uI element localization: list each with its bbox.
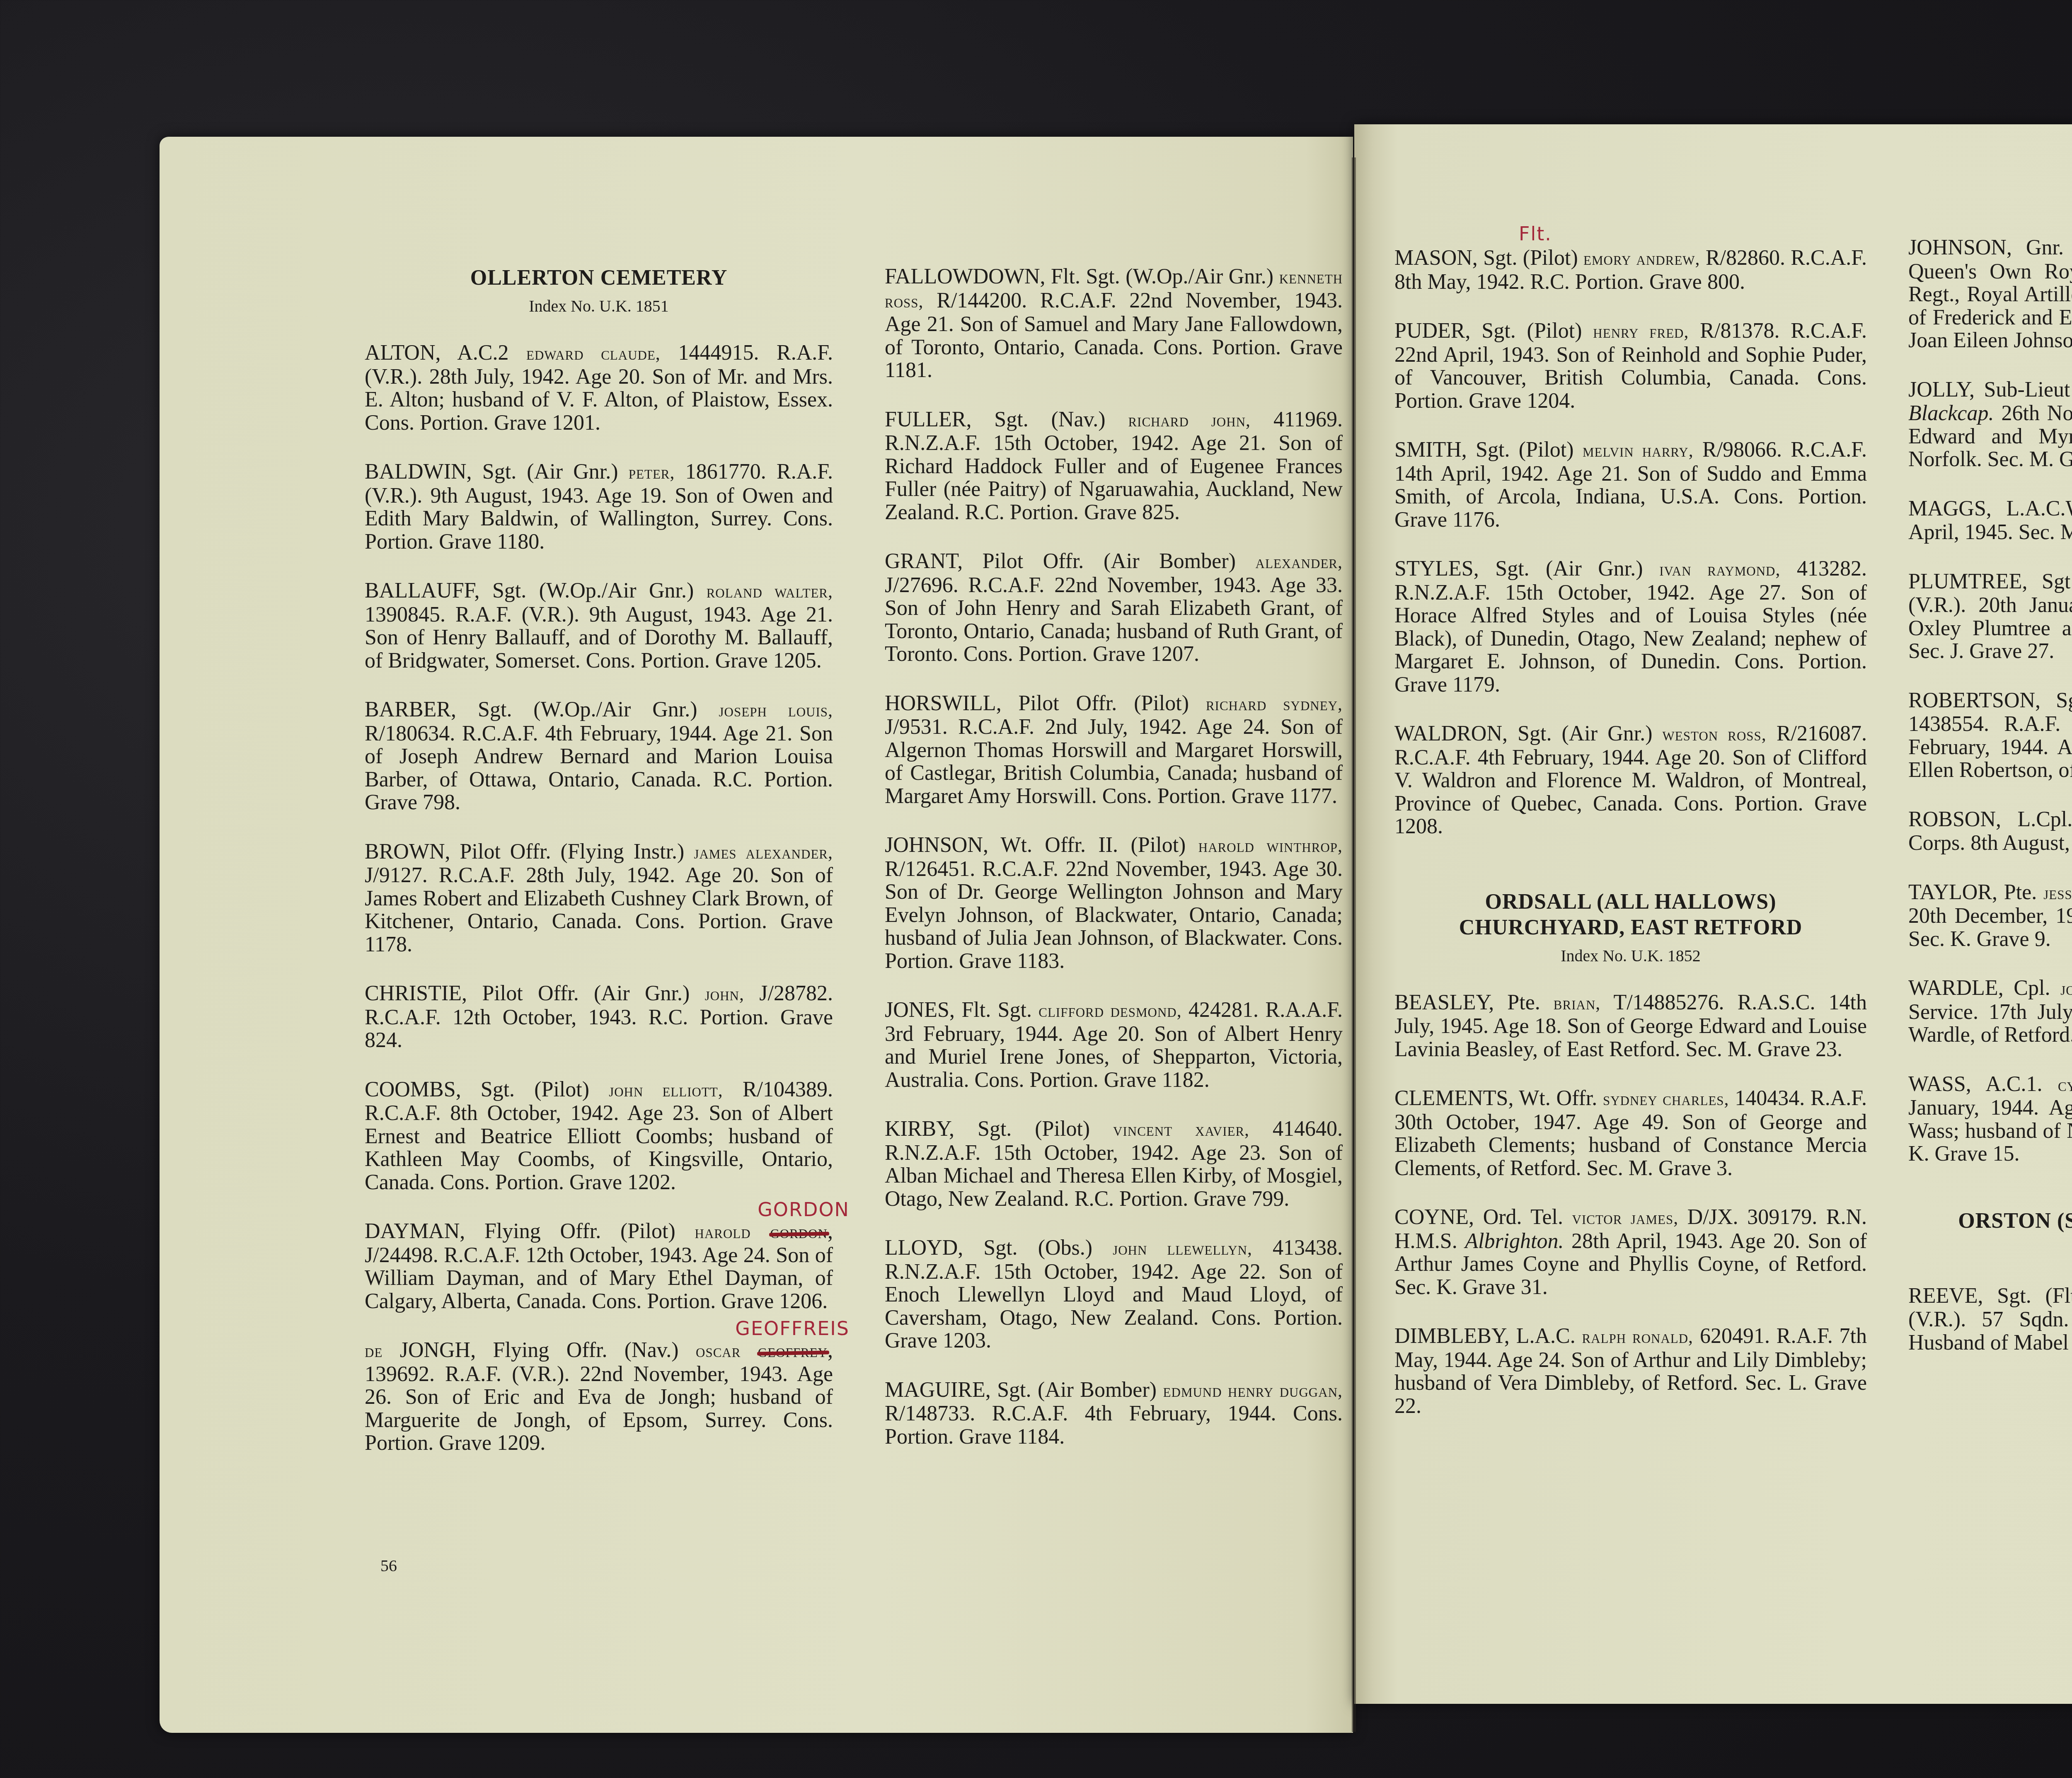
- rank: Flying Offr. (Nav.): [493, 1338, 679, 1362]
- forenames: SYDNEY CHARLES,: [1603, 1089, 1729, 1109]
- section-heading-ordsall-line2: CHURCHYARD, EAST RETFORD: [1394, 915, 1867, 941]
- rank: Sgt. (W.Op./Air Gnr.): [478, 698, 697, 721]
- forenames: JAMES ALEXANDER,: [694, 842, 833, 863]
- rank: Sgt. (Pilot): [1483, 246, 1578, 270]
- section-heading-ordsall-line1: ORDSALL (ALL HALLOWS): [1394, 889, 1867, 915]
- rank: Sgt. (Pilot): [2042, 570, 2072, 593]
- register-entry: WASS, A.C.1. CYRIL, 1544853. R.A.F. (V.R…: [1908, 1073, 2072, 1166]
- rank: Sgt. (Air Gnr.): [1495, 557, 1643, 581]
- entry-details: R/148733. R.C.A.F. 4th February, 1944. C…: [885, 1402, 1343, 1449]
- surname: BARBER,: [365, 698, 456, 721]
- surname: PUDER,: [1394, 319, 1470, 343]
- left-page-column-1: OLLERTON CEMETERY Index No. U.K. 1851 AL…: [365, 265, 833, 1481]
- surname: REEVE,: [1908, 1284, 1983, 1308]
- forenames: JOHN LLEWELLYN,: [1113, 1239, 1252, 1259]
- forenames: ROLAND WALTER,: [707, 581, 833, 602]
- surname: JONGH,: [400, 1338, 476, 1362]
- surname: BEASLEY,: [1394, 991, 1494, 1014]
- entry-details: 139692. R.A.F. (V.R.). 22nd November, 19…: [365, 1362, 833, 1455]
- rank: Ord. Tel.: [1483, 1205, 1563, 1229]
- surname: TAYLOR,: [1908, 881, 1997, 904]
- register-entry: TAYLOR, Pte. JESSE, 14677472. General Se…: [1908, 881, 2072, 951]
- entry-details: R/180634. R.C.A.F. 4th February, 1944. A…: [365, 722, 833, 815]
- register-entry: STYLES, Sgt. (Air Gnr.) IVAN RAYMOND, 41…: [1394, 557, 1867, 696]
- register-entry: COYNE, Ord. Tel. VICTOR JAMES, D/JX. 309…: [1394, 1206, 1867, 1299]
- rank: Pte.: [1507, 991, 1540, 1014]
- register-entry: MAGGS, L.A.C.W. IRENE, 2059036. W.A.A.F.…: [1908, 497, 2072, 544]
- surname: SMITH,: [1394, 438, 1467, 462]
- forenames: RICHARD JOHN,: [1128, 410, 1251, 431]
- surname: ROBSON,: [1908, 808, 2001, 831]
- surname: MAGUIRE,: [885, 1378, 991, 1402]
- section-index-ollerton: Index No. U.K. 1851: [365, 296, 833, 317]
- surname: FULLER,: [885, 408, 971, 431]
- register-entry: MASON,Flt. Sgt. (Pilot) EMORY ANDREW, R/…: [1394, 247, 1867, 293]
- forenames: ALEXANDER,: [1256, 552, 1343, 572]
- forenames: JOHN,: [705, 984, 744, 1004]
- forenames: JOHN ELLIOTT,: [609, 1080, 723, 1101]
- right-page-column-3: MASON,Flt. Sgt. (Pilot) EMORY ANDREW, R/…: [1394, 247, 1867, 1444]
- surname: COYNE,: [1394, 1205, 1474, 1229]
- entry-details: J/9127. R.C.A.F. 28th July, 1942. Age 20…: [365, 864, 833, 956]
- entry-details: 1390845. R.A.F. (V.R.). 9th August, 1943…: [365, 603, 833, 672]
- register-entry: BROWN, Pilot Offr. (Flying Instr.) JAMES…: [365, 840, 833, 956]
- register-entry: REEVE, Sgt. (Flt. Engr.) WILLIAM, 158181…: [1908, 1285, 2072, 1355]
- rank: Sgt. (Pilot): [481, 1078, 589, 1101]
- forenames: WESTON ROSS,: [1663, 724, 1767, 745]
- forenames: EDMUND HENRY DUGGAN,: [1163, 1381, 1343, 1401]
- surname: JOLLY,: [1908, 378, 1975, 402]
- rank: Sgt. (Air Gnr.): [482, 460, 618, 484]
- entry-details: J/24498. R.C.A.F. 12th October, 1943. Ag…: [365, 1243, 833, 1313]
- forenames: HAROLD WINTHROP,: [1198, 836, 1343, 856]
- rank: Sgt. (Pilot): [1476, 438, 1574, 462]
- register-entry: PUDER, Sgt. (Pilot) HENRY FRED, R/81378.…: [1394, 319, 1867, 412]
- struck-forename: GEOFFREY: [758, 1341, 828, 1361]
- left-page-column-2: FALLOWDOWN, Flt. Sgt. (W.Op./Air Gnr.) K…: [885, 265, 1343, 1474]
- rank: Pilot Offr. (Flying Instr.): [460, 840, 685, 864]
- rank: Gnr.: [2026, 236, 2064, 259]
- register-entry: WALDRON, Sgt. (Air Gnr.) WESTON ROSS, R/…: [1394, 722, 1867, 838]
- forenames: IVAN RAYMOND,: [1659, 559, 1780, 580]
- register-entry: PLUMTREE, Sgt. (Pilot) KENNETH, 1148810.…: [1908, 570, 2072, 663]
- forenames: BRIAN,: [1554, 993, 1600, 1014]
- forenames: CLIFFORD DESMOND,: [1038, 1001, 1182, 1021]
- register-entry: ROBSON, L.Cpl. ROBERT ALBERT, 4980939. P…: [1908, 808, 2072, 855]
- surname: BROWN,: [365, 840, 450, 864]
- register-entry: FALLOWDOWN, Flt. Sgt. (W.Op./Air Gnr.) K…: [885, 265, 1343, 382]
- name-prefix: DE: [365, 1341, 382, 1361]
- handwritten-name-correction: GORDON: [758, 1198, 850, 1222]
- forenames: RICHARD SYDNEY,: [1206, 694, 1343, 714]
- section-heading-ollerton: OLLERTON CEMETERY: [365, 265, 833, 291]
- register-entry: WARDLE, Cpl. JOAN MARY, W/36523. Aux. Te…: [1908, 977, 2072, 1047]
- surname: FALLOWDOWN,: [885, 265, 1046, 288]
- register-entry: CLEMENTS, Wt. Offr. SYDNEY CHARLES, 1404…: [1394, 1087, 1867, 1180]
- register-entry: DIMBLEBY, L.A.C. RALPH RONALD, 620491. R…: [1394, 1325, 1867, 1418]
- rank: Sgt. (Air Bomber): [997, 1378, 1157, 1402]
- rank: Sgt. (W.Op./Air Gnr.): [2056, 689, 2072, 712]
- register-entry: COOMBS, Sgt. (Pilot) JOHN ELLIOTT, R/104…: [365, 1078, 833, 1194]
- register-entry: BALDWIN, Sgt. (Air Gnr.) PETER, 1861770.…: [365, 460, 833, 553]
- surname: DIMBLEBY,: [1394, 1324, 1510, 1348]
- register-entry: LLOYD, Sgt. (Obs.) JOHN LLEWELLYN, 41343…: [885, 1236, 1343, 1352]
- forenames: JESSE,: [2043, 883, 2072, 903]
- ship-name: Albrighton.: [1465, 1229, 1564, 1253]
- rank: L.A.C.W.: [2006, 497, 2072, 520]
- register-entry: JONES, Flt. Sgt. CLIFFORD DESMOND, 42428…: [885, 999, 1343, 1091]
- rank: L.A.C.: [1516, 1324, 1576, 1348]
- surname: ROBERTSON,: [1908, 689, 2041, 712]
- surname: WARDLE,: [1908, 976, 2004, 1000]
- forenames: VINCENT XAVIER,: [1113, 1120, 1249, 1140]
- register-entry: SMITH, Sgt. (Pilot) MELVIN HARRY, R/9806…: [1394, 438, 1867, 531]
- forenames: VICTOR JAMES,: [1572, 1208, 1679, 1228]
- rank: Flt. Sgt.: [961, 998, 1032, 1022]
- register-entry: ALTON, A.C.2 EDWARD CLAUDE, 1444915. R.A…: [365, 341, 833, 434]
- forenames: HENRY FRED,: [1593, 322, 1689, 342]
- register-entry: JOLLY, Sub-Lieut (A) EDWARD JAMES, R.N.V…: [1908, 378, 2072, 471]
- register-entry: JOHNSON, Gnr. EDWARD ARTHUR, 1122640. 54…: [1908, 236, 2072, 352]
- surname: COOMBS,: [365, 1078, 461, 1101]
- surname: BALDWIN,: [365, 460, 472, 484]
- section-index-orston: Index No. U.K. 1853: [1908, 1239, 2072, 1260]
- rank: Pilot Offr. (Air Bomber): [983, 549, 1236, 573]
- entry-details: 1438554. R.A.F. (V.R.). 427 (R.C.A.F.) S…: [1908, 712, 2072, 782]
- forenames: RALPH RONALD,: [1582, 1327, 1694, 1347]
- register-entry: ROBERTSON, Sgt. (W.Op./Air Gnr.) JAMES D…: [1908, 689, 2072, 782]
- rank: Pilot Offr. (Pilot): [1019, 692, 1189, 715]
- entry-details: J/27696. R.C.A.F. 22nd November, 1943. A…: [885, 573, 1343, 666]
- rank: Cpl.: [2014, 976, 2050, 1000]
- register-entry: GRANT, Pilot Offr. (Air Bomber) ALEXANDE…: [885, 550, 1343, 666]
- rank: A.C.1.: [1985, 1072, 2042, 1096]
- surname: MAGGS,: [1908, 497, 1992, 520]
- register-entry: DE JONGH, Flying Offr. (Nav.) OSCAR GEOF…: [365, 1339, 833, 1455]
- rank: Pte.: [2004, 881, 2037, 904]
- surname: KIRBY,: [885, 1117, 954, 1141]
- surname: DAYMAN,: [365, 1219, 465, 1243]
- book-gutter: [1352, 157, 1356, 1732]
- struck-forename: GORDON: [770, 1222, 828, 1242]
- rank: A.C.2: [457, 341, 508, 365]
- page-number-left: 56: [380, 1556, 397, 1575]
- forenames: EMORY ANDREW,: [1583, 249, 1700, 269]
- rank: Sgt. (W.Op./Air Gnr.): [492, 579, 694, 602]
- section-heading-orston: ORSTON (ST. MARY) CHURCHYARD: [1908, 1208, 2072, 1234]
- rank: Sgt. (Flt. Engr.): [1997, 1284, 2072, 1308]
- surname: JOHNSON,: [885, 833, 988, 857]
- surname: ALTON,: [365, 341, 441, 365]
- right-page-column-4: JOHNSON, Gnr. EDWARD ARTHUR, 1122640. 54…: [1908, 236, 2072, 1380]
- register-entry: MAGUIRE, Sgt. (Air Bomber) EDMUND HENRY …: [885, 1379, 1343, 1449]
- surname: STYLES,: [1394, 557, 1479, 581]
- rank: Sgt. (Nav.): [994, 408, 1105, 431]
- register-entry: CHRISTIE, Pilot Offr. (Air Gnr.) JOHN, J…: [365, 982, 833, 1052]
- rank: Sgt. (Obs.): [983, 1236, 1092, 1260]
- forenames: OSCAR: [696, 1341, 741, 1361]
- rank: L.Cpl.: [2017, 808, 2072, 831]
- ship-name: Blackcap.: [1908, 402, 1994, 425]
- entry-details: R/144200. R.C.A.F. 22nd November, 1943. …: [885, 289, 1343, 382]
- surname: JONES,: [885, 998, 955, 1022]
- entry-details: R/126451. R.C.A.F. 22nd November, 1943. …: [885, 857, 1343, 973]
- register-entry: HORSWILL, Pilot Offr. (Pilot) RICHARD SY…: [885, 692, 1343, 808]
- surname: GRANT,: [885, 549, 963, 573]
- rank: Sub-Lieut (A): [1984, 378, 2072, 402]
- forenames: CYRIL,: [2058, 1075, 2072, 1095]
- register-entry: BALLAUFF, Sgt. (W.Op./Air Gnr.) ROLAND W…: [365, 579, 833, 672]
- surname: CLEMENTS,: [1394, 1086, 1513, 1110]
- forenames: PETER,: [629, 462, 675, 483]
- entry-details: J/9531. R.C.A.F. 2nd July, 1942. Age 24.…: [885, 715, 1343, 808]
- rank: Wt. Offr. II. (Pilot): [1000, 833, 1186, 857]
- surname: CHRISTIE,: [365, 982, 467, 1005]
- handwritten-rank-correction: Flt.: [1519, 223, 1552, 246]
- handwritten-name-correction: GEOFFREIS: [735, 1317, 850, 1340]
- surname: HORSWILL,: [885, 692, 1002, 715]
- forenames: MELVIN HARRY,: [1583, 440, 1694, 461]
- section-index-ordsall: Index No. U.K. 1852: [1394, 946, 1867, 966]
- forenames: HAROLD: [695, 1222, 751, 1242]
- register-entry: FULLER, Sgt. (Nav.) RICHARD JOHN, 411969…: [885, 408, 1343, 524]
- surname: WALDRON,: [1394, 722, 1508, 745]
- register-entry: BARBER, Sgt. (W.Op./Air Gnr.) JOSEPH LOU…: [365, 698, 833, 814]
- rank: Pilot Offr. (Air Gnr.): [482, 982, 690, 1005]
- register-entry: DAYMAN, Flying Offr. (Pilot) HAROLD GORD…: [365, 1220, 833, 1313]
- surname: BALLAUFF,: [365, 579, 480, 602]
- forenames: JOAN MARY,: [2060, 979, 2072, 999]
- rank: Flying Offr. (Pilot): [484, 1219, 675, 1243]
- rank: Wt. Offr.: [1519, 1086, 1597, 1110]
- surname: PLUMTREE,: [1908, 570, 2027, 593]
- surname: WASS,: [1908, 1072, 1971, 1096]
- rank: Sgt. (Pilot): [1481, 319, 1582, 343]
- register-entry: JOHNSON, Wt. Offr. II. (Pilot) HAROLD WI…: [885, 834, 1343, 972]
- surname: MASON,: [1394, 246, 1478, 270]
- register-entry: KIRBY, Sgt. (Pilot) VINCENT XAVIER, 4146…: [885, 1118, 1343, 1210]
- surname: LLOYD,: [885, 1236, 963, 1260]
- rank: Sgt. (Air Gnr.): [1518, 722, 1652, 745]
- register-entry: BEASLEY, Pte. BRIAN, T/14885276. R.A.S.C…: [1394, 991, 1867, 1061]
- forenames: JOSEPH LOUIS,: [719, 700, 833, 721]
- surname: JOHNSON,: [1908, 236, 2012, 259]
- rank: Flt. Sgt. (W.Op./Air Gnr.): [1051, 265, 1273, 288]
- rank: Sgt. (Pilot): [978, 1117, 1090, 1141]
- forenames: EDWARD CLAUDE,: [526, 344, 661, 364]
